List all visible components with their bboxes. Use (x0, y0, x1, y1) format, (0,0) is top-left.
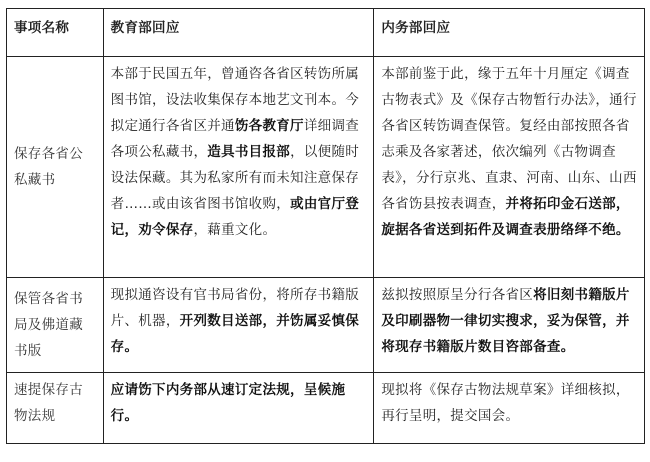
education-response-cell: 现拟通咨设有官书局省份，将所存书籍版片、机器，开列数目送部，并饬属妥慎保存。 (103, 278, 374, 373)
emphasized-text: 造具书目报部 (207, 144, 290, 160)
item-name-cell: 保存各省公私藏书 (7, 57, 104, 278)
text-segment: 现拟将《保存古物法规草案》详细核拟，再行呈明，提交国会。 (381, 382, 629, 424)
interior-response-cell: 兹拟按照原呈分行各省区将旧刻书籍版片及印刷器物一律切实搜求，妥为保管，并将现存书… (374, 278, 645, 373)
education-response-cell: 本部于民国五年，曾通咨各省区转饬所属图书馆，设法收集保存本地艺文刊本。今拟定通行… (103, 57, 374, 278)
table-row: 速提保存古物法规 应请饬下内务部从速订定法规，呈候施行。 现拟将《保存古物法规草… (7, 373, 645, 444)
item-name-cell: 保管各省书局及佛道藏书版 (7, 278, 104, 373)
item-name-cell: 速提保存古物法规 (7, 373, 104, 444)
emphasized-text: 应请饬下内务部从速订定法规，呈候施行。 (111, 382, 346, 424)
table-row: 保管各省书局及佛道藏书版 现拟通咨设有官书局省份，将所存书籍版片、机器，开列数目… (7, 278, 645, 373)
header-row: 事项名称 教育部回应 内务部回应 (7, 9, 645, 57)
header-interior-response: 内务部回应 (374, 9, 645, 57)
text-segment: 本部前鉴于此，缘于五年十月厘定《调查古物表式》及《保存古物暂行办法》，通行各省区… (381, 66, 636, 212)
header-item-name: 事项名称 (7, 9, 104, 57)
text-segment: ，藉重文化。 (193, 222, 276, 238)
header-education-response: 教育部回应 (103, 9, 374, 57)
education-response-cell: 应请饬下内务部从速订定法规，呈候施行。 (103, 373, 374, 444)
emphasized-text: 饬各教育厅 (235, 118, 304, 134)
interior-response-cell: 现拟将《保存古物法规草案》详细核拟，再行呈明，提交国会。 (374, 373, 645, 444)
table-row: 保存各省公私藏书 本部于民国五年，曾通咨各省区转饬所属图书馆，设法收集保存本地艺… (7, 57, 645, 278)
interior-response-cell: 本部前鉴于此，缘于五年十月厘定《调查古物表式》及《保存古物暂行办法》，通行各省区… (374, 57, 645, 278)
text-segment: 兹拟按照原呈分行各省区 (381, 287, 533, 303)
response-table: 事项名称 教育部回应 内务部回应 保存各省公私藏书 本部于民国五年，曾通咨各省区… (6, 8, 645, 444)
